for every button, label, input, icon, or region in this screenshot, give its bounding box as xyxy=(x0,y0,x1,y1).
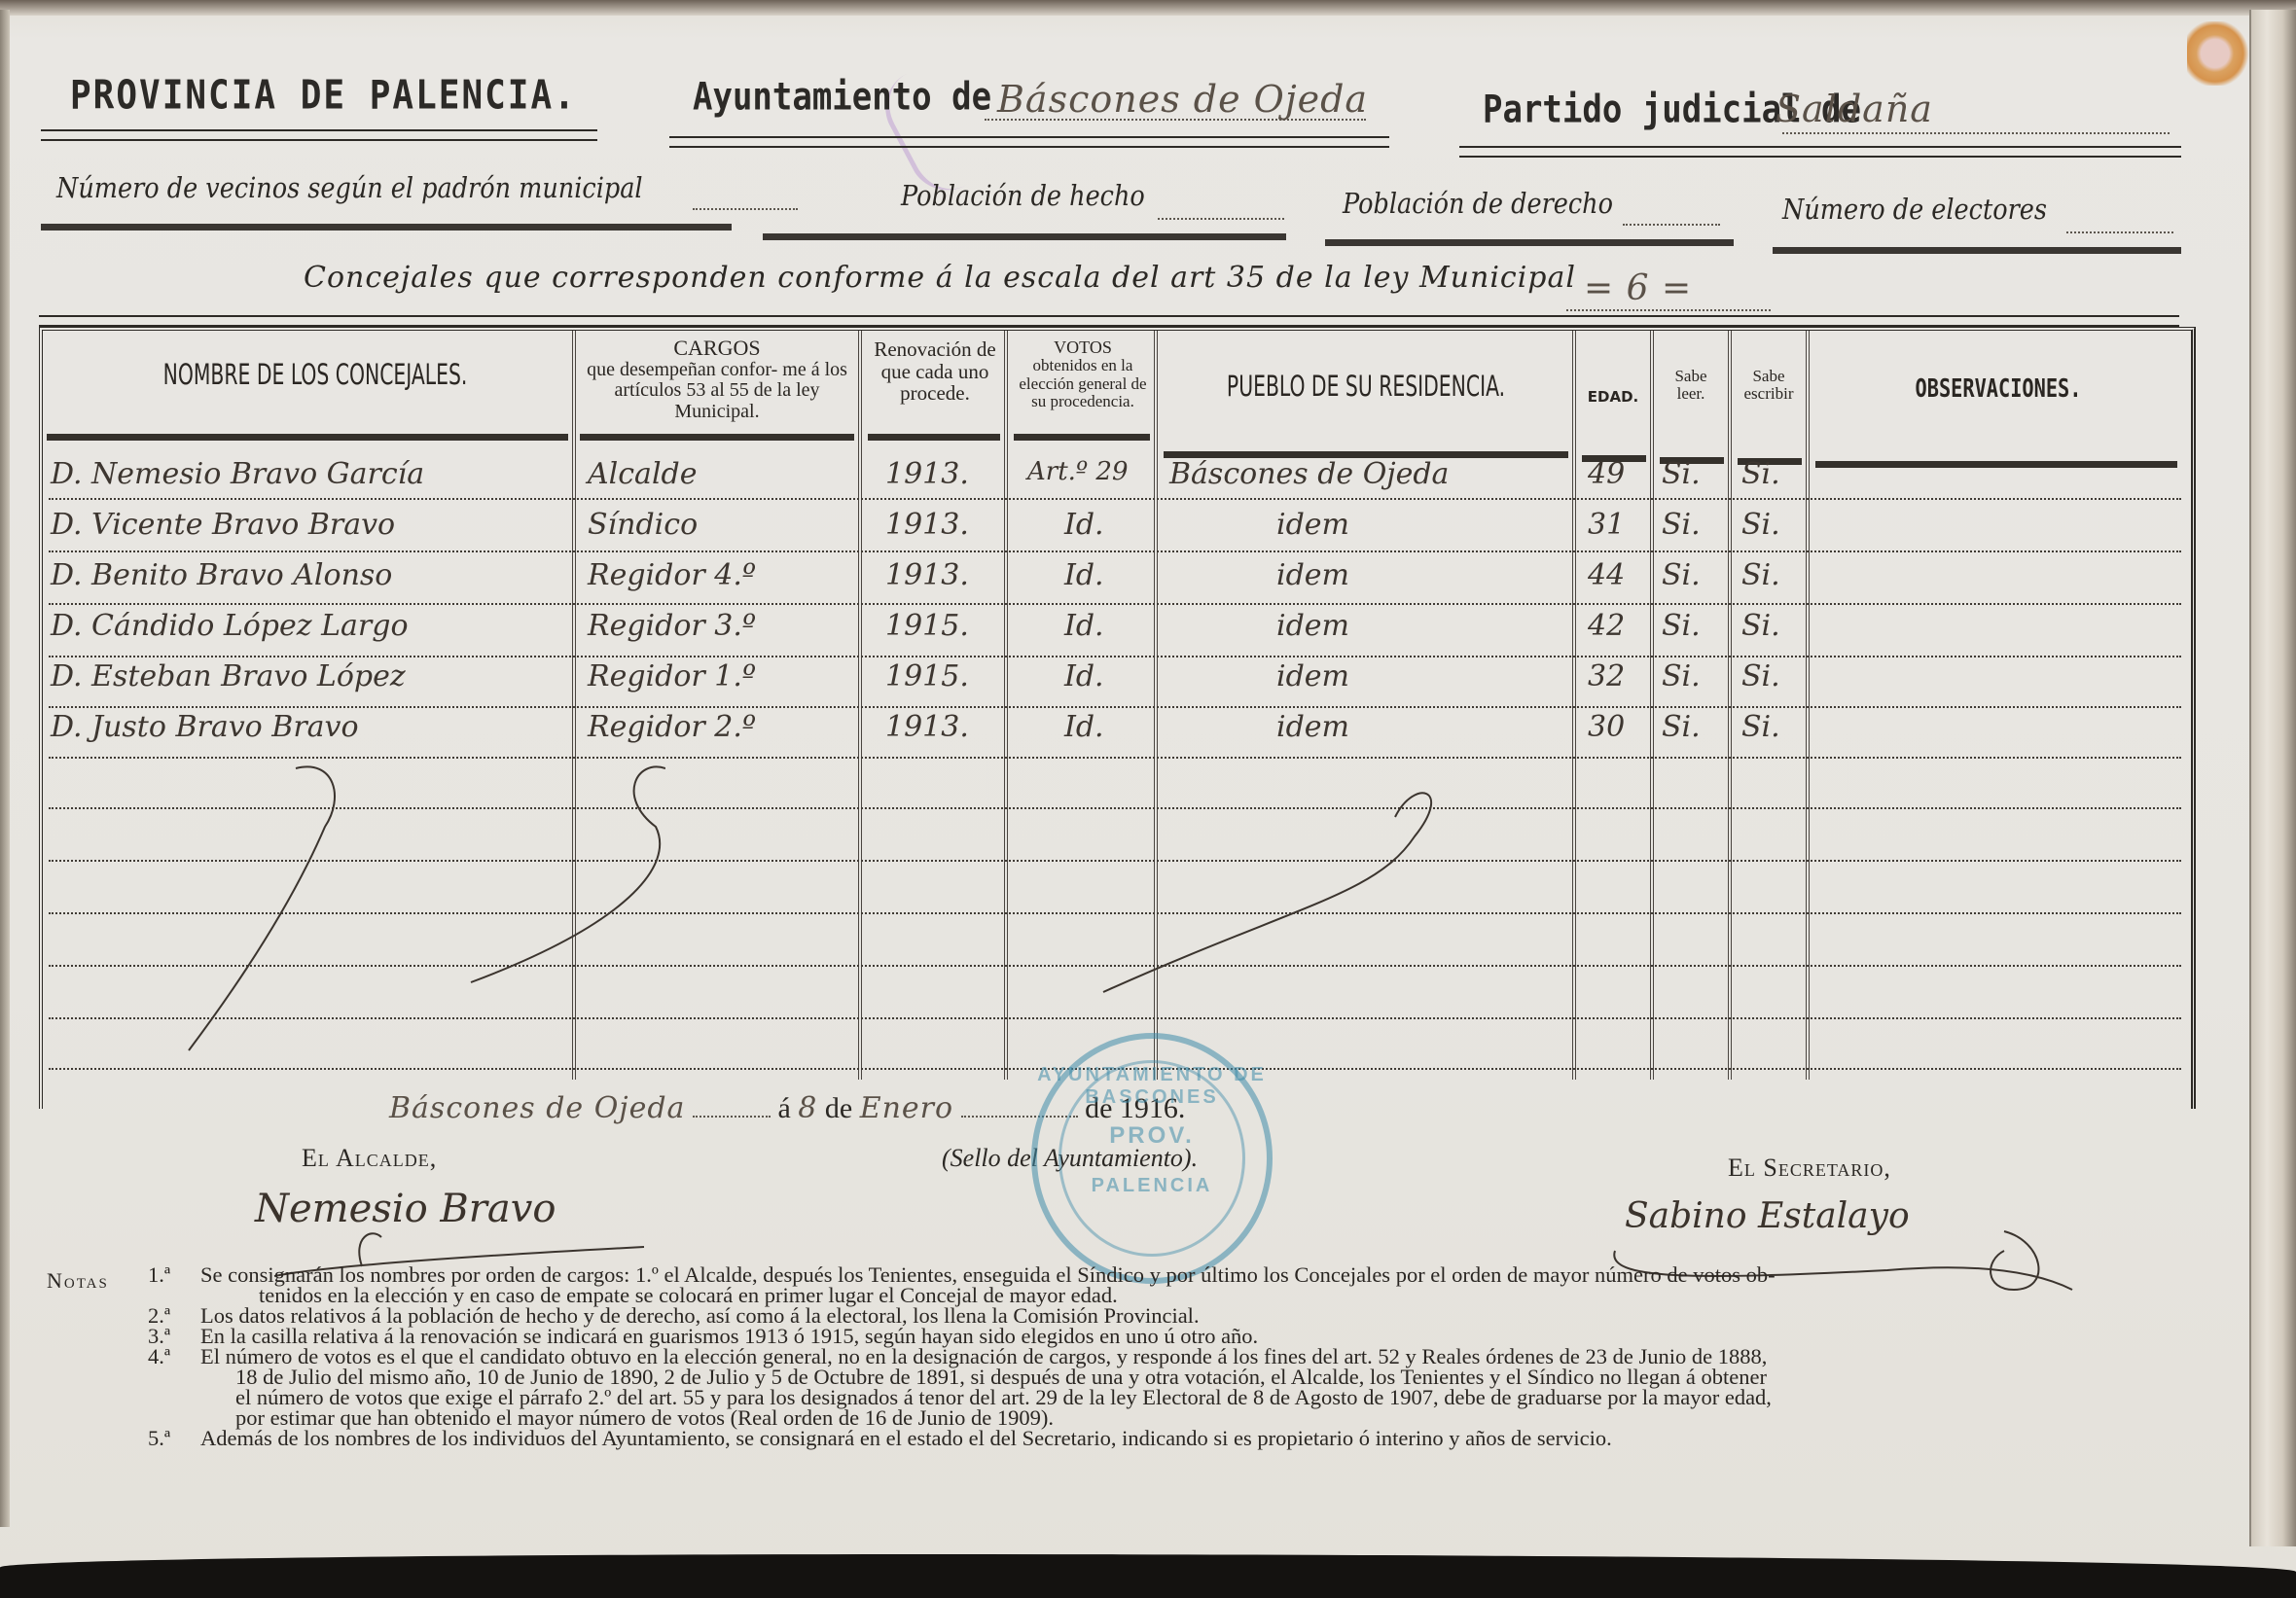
note-number: 2.ª xyxy=(148,1305,200,1326)
header-votos: VOTOS obtenidos en la elección general d… xyxy=(1012,338,1154,411)
ayuntamiento-value[interactable]: Báscones de Ojeda xyxy=(997,78,1368,121)
cell-leer: Si. xyxy=(1662,710,1701,744)
book-binding-top xyxy=(0,0,2296,16)
cell-pueblo: idem xyxy=(1276,710,1349,744)
cell-escribir: Si. xyxy=(1741,659,1780,693)
note-number: 1.ª xyxy=(148,1264,200,1285)
cell-renovacion: 1913. xyxy=(885,457,969,491)
header-renovacion: Renovación de que cada uno procede. xyxy=(868,338,1002,405)
header-rule xyxy=(868,434,1000,441)
cell-edad: 31 xyxy=(1588,508,1625,542)
cell-cargo: Regidor 3.º xyxy=(588,609,756,643)
header-rule xyxy=(47,434,568,441)
cell-pueblo: idem xyxy=(1276,609,1349,643)
cell-nombre: D. Vicente Bravo Bravo xyxy=(51,508,395,542)
note-3: 3.ªEn la casilla relativa á la renovació… xyxy=(148,1326,1258,1346)
stamp-text-top: AYUNTAMIENTO DE BASCONES xyxy=(1037,1064,1267,1109)
cell-edad: 32 xyxy=(1588,659,1625,693)
alcalde-signature: Nemesio Bravo xyxy=(255,1187,556,1231)
note-2: 2.ªLos datos relativos á la población de… xyxy=(148,1305,1200,1326)
cell-renovacion: 1915. xyxy=(885,659,969,693)
stamp-text-palencia: PALENCIA xyxy=(1037,1175,1267,1197)
note-text: Además de los nombres de los individuos … xyxy=(200,1426,1612,1450)
cell-renovacion: 1913. xyxy=(885,558,969,592)
header-cargos-sub: que desempeñan confor- me á los artículo… xyxy=(576,360,858,423)
cell-renovacion: 1913. xyxy=(885,710,969,744)
cell-cargo: Síndico xyxy=(588,508,698,542)
cell-votos: Art.º 29 xyxy=(1027,457,1129,486)
cell-leer: Si. xyxy=(1662,558,1701,592)
note-1: 1.ªSe consignarán los nombres por orden … xyxy=(148,1264,1776,1285)
cell-escribir: Si. xyxy=(1741,457,1780,491)
partido-dots xyxy=(1782,132,2170,134)
rule xyxy=(41,129,597,141)
cell-pueblo: Báscones de Ojeda xyxy=(1169,457,1449,491)
ayuntamiento-label: Ayuntamiento de xyxy=(693,75,991,120)
cell-nombre: D. Justo Bravo Bravo xyxy=(51,710,359,744)
cell-votos: Id. xyxy=(1064,558,1104,592)
note-4: 4.ªEl número de votos es el que el candi… xyxy=(148,1346,1767,1367)
header-pueblo: PUEBLO DE SU RESIDENCIA. xyxy=(1206,372,1525,402)
cell-leer: Si. xyxy=(1662,508,1701,542)
header-rule xyxy=(1014,434,1150,441)
header-rule xyxy=(580,434,854,441)
table-row: D. Vicente Bravo Bravo Síndico 1913. Id.… xyxy=(43,502,2191,550)
header-observaciones: OBSERVACIONES. xyxy=(1854,375,2142,403)
note-5: 5.ªAdemás de los nombres de los individu… xyxy=(148,1428,1612,1448)
rule xyxy=(1325,239,1734,246)
cell-edad: 42 xyxy=(1588,609,1625,643)
alcalde-label: El Alcalde, xyxy=(302,1144,437,1173)
concejales-escala-value[interactable]: = 6 = xyxy=(1584,268,1692,308)
poblacion-hecho-label: Población de hecho xyxy=(901,179,1145,212)
cell-pueblo: idem xyxy=(1276,508,1349,542)
electores-label: Número de electores xyxy=(1782,193,2047,226)
cell-escribir: Si. xyxy=(1741,558,1780,592)
cell-nombre: D. Benito Bravo Alonso xyxy=(51,558,392,592)
secretario-label: El Secretario, xyxy=(1728,1154,1891,1183)
cell-edad: 49 xyxy=(1588,457,1625,491)
note-text: 18 de Julio del mismo año, 10 de Junio d… xyxy=(235,1367,1767,1387)
cell-votos: Id. xyxy=(1064,710,1104,744)
cell-leer: Si. xyxy=(1662,659,1701,693)
header-nombre: NOMBRE DE LOS CONCEJALES. xyxy=(118,360,513,390)
electores-field[interactable] xyxy=(2066,231,2173,233)
partido-judicial-value[interactable]: Saldaña xyxy=(1776,88,1933,130)
header-sabe-escribir: Sabe escribir xyxy=(1732,368,1806,404)
page-edge-right xyxy=(2249,10,2296,1546)
cell-cargo: Alcalde xyxy=(588,457,698,491)
cell-pueblo: idem xyxy=(1276,558,1349,592)
cell-pueblo: idem xyxy=(1276,659,1349,693)
rule xyxy=(41,224,732,231)
document-page: PROVINCIA DE PALENCIA. Ayuntamiento de B… xyxy=(0,0,2296,1598)
month-value[interactable]: Enero xyxy=(860,1091,953,1125)
poblacion-hecho-field[interactable] xyxy=(1158,218,1284,220)
table-row: D. Nemesio Bravo García Alcalde 1913. Ar… xyxy=(43,451,2191,500)
cell-escribir: Si. xyxy=(1741,508,1780,542)
cell-votos: Id. xyxy=(1064,659,1104,693)
page-edge-left xyxy=(0,10,10,1527)
rule xyxy=(1773,247,2181,254)
table-row: D. Justo Bravo Bravo Regidor 2.º 1913. I… xyxy=(43,704,2191,753)
table-row: D. Cándido López Largo Regidor 3.º 1915.… xyxy=(43,603,2191,652)
cell-nombre: D. Cándido López Largo xyxy=(51,609,409,643)
cell-cargo: Regidor 4.º xyxy=(588,558,756,592)
header-votos-title: VOTOS xyxy=(1012,338,1154,357)
rule xyxy=(39,315,2179,327)
cell-edad: 30 xyxy=(1588,710,1625,744)
header-cargos-title: CARGOS xyxy=(576,337,858,360)
vecinos-field[interactable] xyxy=(693,208,798,210)
cell-votos: Id. xyxy=(1064,508,1104,542)
cell-edad: 44 xyxy=(1588,558,1625,592)
concejales-dots xyxy=(1566,309,1771,311)
header-edad: EDAD. xyxy=(1576,389,1650,405)
vecinos-label: Número de vecinos según el padrón munici… xyxy=(56,171,643,204)
cancellation-stroke xyxy=(1045,759,1453,1002)
note-number: 4.ª xyxy=(148,1346,200,1367)
cell-renovacion: 1915. xyxy=(885,609,969,643)
header-votos-sub: obtenidos en la elección general de su p… xyxy=(1012,357,1154,410)
de-label: de xyxy=(825,1092,852,1124)
poblacion-derecho-label: Población de derecho xyxy=(1343,187,1613,220)
cell-votos: Id. xyxy=(1064,609,1104,643)
place-value[interactable]: Báscones de Ojeda xyxy=(389,1091,685,1125)
concejales-table: NOMBRE DE LOS CONCEJALES. CARGOS que des… xyxy=(39,327,2196,1109)
notes-title: Notas xyxy=(47,1270,109,1291)
dots xyxy=(693,1116,771,1118)
cell-leer: Si. xyxy=(1662,609,1701,643)
cell-escribir: Si. xyxy=(1741,710,1780,744)
cell-escribir: Si. xyxy=(1741,609,1780,643)
note-text: por estimar que han obtenido el mayor nú… xyxy=(235,1407,1054,1428)
cell-cargo: Regidor 1.º xyxy=(588,659,756,693)
row-rule xyxy=(49,498,2181,500)
note-text: el número de votos que exige el párrafo … xyxy=(235,1387,1772,1407)
table-row: D. Benito Bravo Alonso Regidor 4.º 1913.… xyxy=(43,552,2191,601)
day-value[interactable]: 8 xyxy=(798,1091,817,1125)
poblacion-derecho-field[interactable] xyxy=(1623,224,1720,226)
stamp-text-center: PROV. xyxy=(1037,1122,1267,1150)
concejales-escala-label: Concejales que corresponden conforme á l… xyxy=(304,261,1576,295)
paper-stain xyxy=(2187,21,2249,86)
municipal-stamp: AYUNTAMIENTO DE BASCONES PROV. PALENCIA xyxy=(1031,1033,1273,1284)
note-text: tenidos en la elección y en caso de empa… xyxy=(259,1285,1118,1305)
cell-renovacion: 1913. xyxy=(885,508,969,542)
header-cargos: CARGOS que desempeñan confor- me á los a… xyxy=(576,337,858,423)
rule xyxy=(1459,146,2181,158)
cell-leer: Si. xyxy=(1662,457,1701,491)
note-number: 5.ª xyxy=(148,1428,200,1448)
cell-cargo: Regidor 2.º xyxy=(588,710,756,744)
cancellation-stroke xyxy=(413,759,665,992)
header-sabe-leer: Sabe leer. xyxy=(1662,368,1720,404)
rule xyxy=(763,233,1286,240)
cell-nombre: D. Esteban Bravo López xyxy=(51,659,406,693)
rule xyxy=(669,136,1389,148)
book-shadow-bottom xyxy=(0,1554,2296,1598)
provincia-title: PROVINCIA DE PALENCIA. xyxy=(70,73,577,119)
cancellation-stroke xyxy=(101,759,374,1070)
a-label: á xyxy=(777,1092,790,1124)
note-number: 3.ª xyxy=(148,1326,200,1346)
cell-nombre: D. Nemesio Bravo García xyxy=(51,457,424,491)
table-row: D. Esteban Bravo López Regidor 1.º 1915.… xyxy=(43,654,2191,702)
